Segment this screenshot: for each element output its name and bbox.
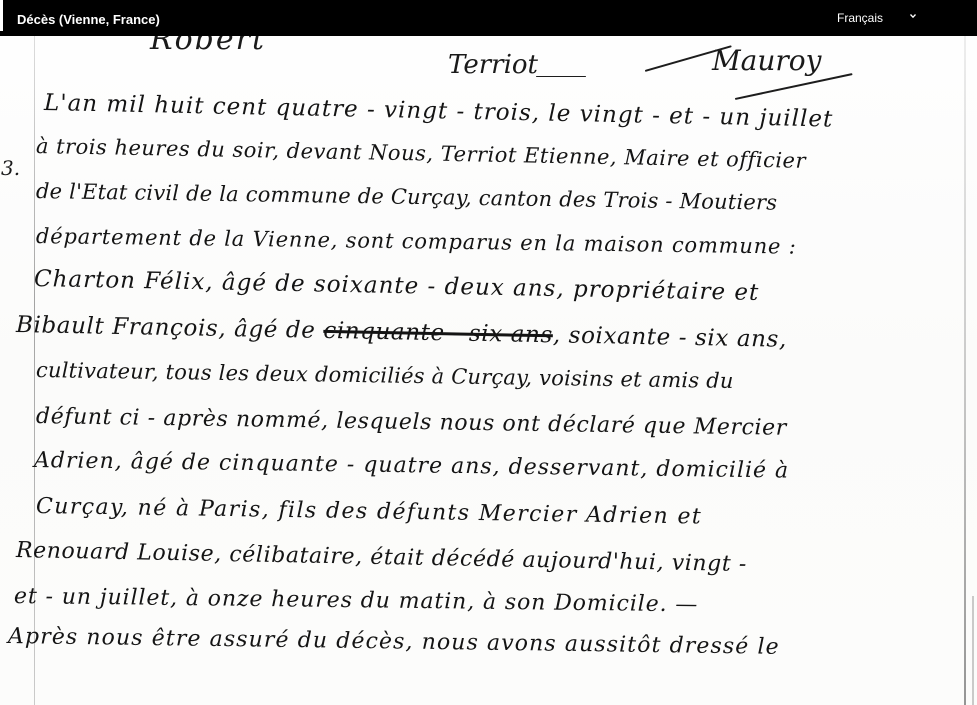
right-margin-rule — [964, 36, 966, 705]
record-line-1: L'an mil huit cent quatre - vingt - troi… — [44, 90, 834, 133]
record-line-13: Après nous être assuré du décès, nous av… — [8, 624, 780, 660]
app-window: Décès (Vienne, France) Français 3. Rober… — [0, 0, 977, 705]
chevron-down-icon — [908, 11, 918, 21]
signature-underline — [536, 76, 586, 77]
signature-mauroy: Mauroy — [712, 44, 821, 77]
record-line-7: cultivateur, tous les deux domiciliés à … — [36, 358, 734, 393]
record-line-12: et - un juillet, à onze heures du matin,… — [14, 584, 699, 617]
record-line-2: à trois heures du soir, devant Nous, Ter… — [36, 134, 806, 173]
corner-sliver — [0, 0, 3, 31]
header-bar: Décès (Vienne, France) Français — [0, 0, 977, 36]
record-line-6: Bibault François, âgé de cinquante - six… — [16, 312, 787, 353]
record-line-5: Charton Félix, âgé de soixante - deux an… — [34, 266, 760, 306]
record-line-8: défunt ci - après nommé, lesquels nous o… — [36, 404, 787, 441]
right-edge-rule — [972, 596, 974, 705]
signature-flourish — [735, 73, 853, 100]
language-select-value: Français — [837, 11, 883, 25]
correction-text: , soixante - six ans, — [553, 322, 788, 352]
struck-through-text: cinquante - six ans — [323, 318, 553, 348]
record-line-3: de l'Etat civil de la commune de Curçay,… — [36, 179, 778, 215]
language-select[interactable]: Français — [830, 8, 930, 28]
page-title: Décès (Vienne, France) — [17, 12, 160, 28]
record-line-10: Curçay, né à Paris, fils des défunts Mer… — [36, 494, 703, 529]
record-number: 3. — [1, 156, 20, 180]
document-scan[interactable]: 3. Robert Terriot Mauroy L'an mil huit c… — [0, 36, 977, 705]
signature-terriot: Terriot — [448, 50, 538, 80]
record-line-9: Adrien, âgé de cinquante - quatre ans, d… — [34, 448, 789, 484]
record-line-6-start: Bibault François, âgé de — [16, 312, 316, 344]
record-line-4: département de la Vienne, sont comparus … — [36, 224, 797, 259]
record-line-11: Renouard Louise, célibataire, était décé… — [16, 538, 747, 577]
